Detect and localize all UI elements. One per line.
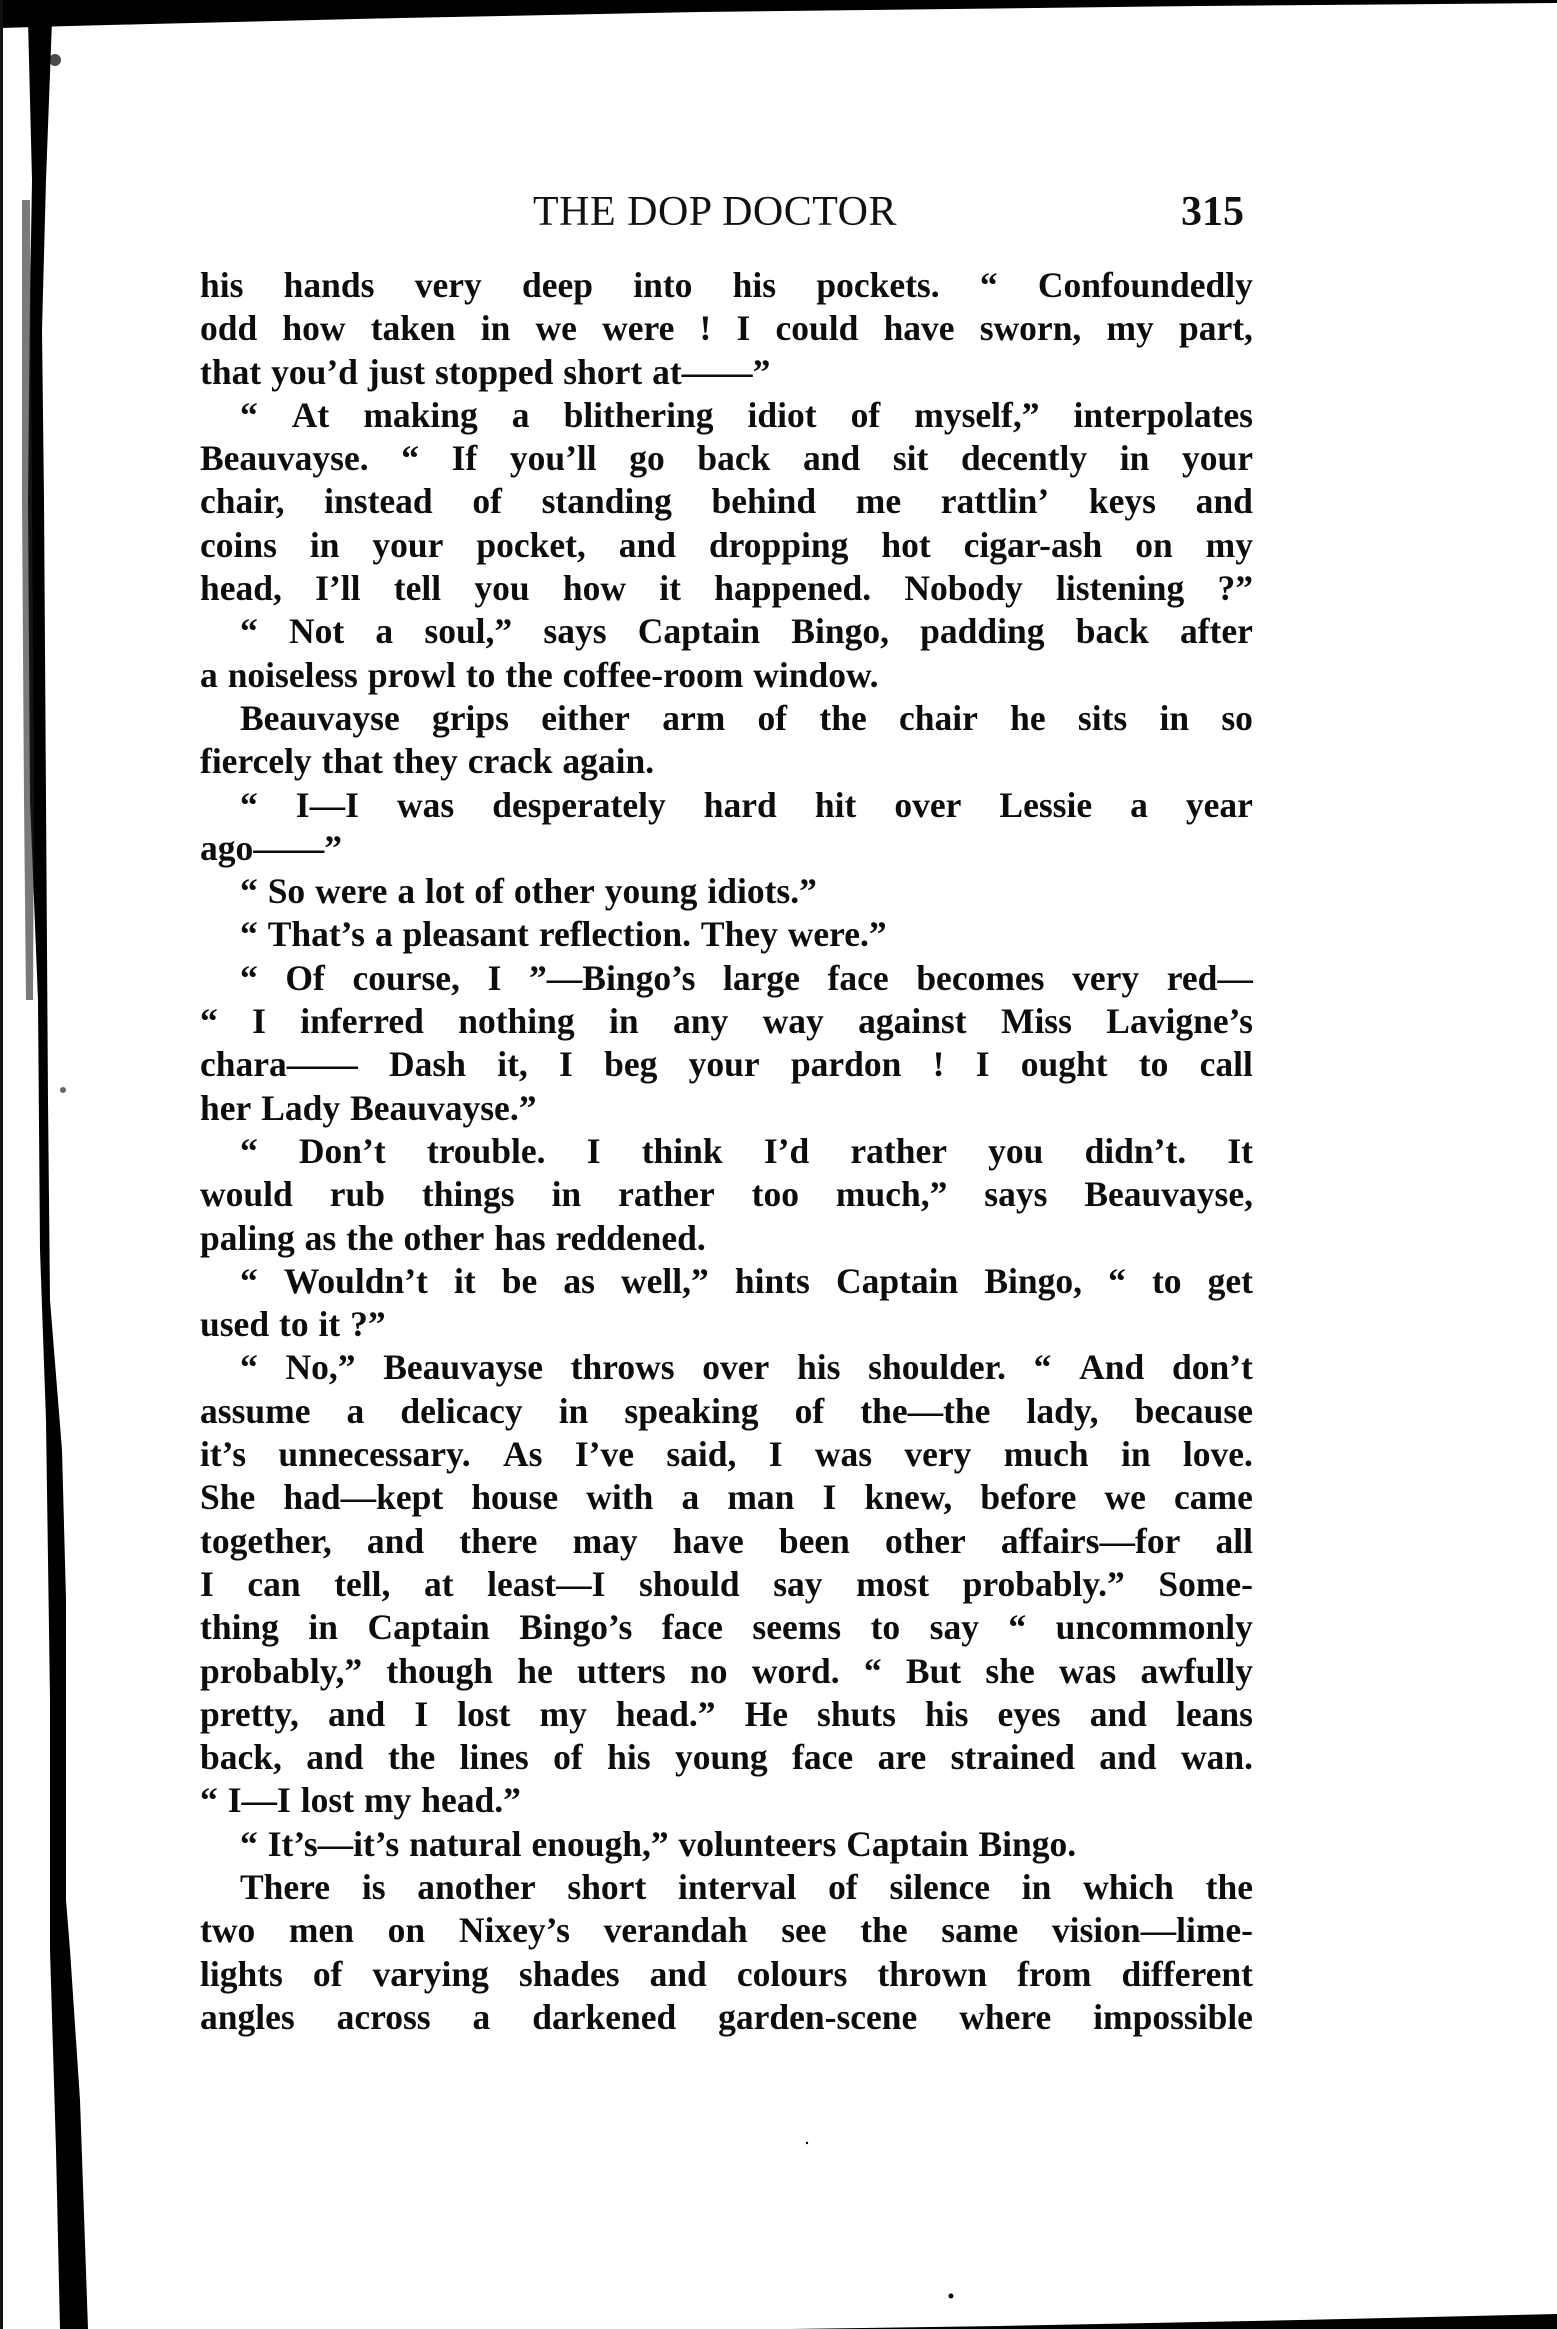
text-line: anglesacrossadarkenedgarden-scenewhereim… xyxy=(200,1996,1253,2039)
word: in xyxy=(609,1000,639,1043)
scan-speck xyxy=(60,1087,66,1093)
word: nothing xyxy=(458,1000,574,1043)
word: interval xyxy=(678,1866,796,1909)
word: over xyxy=(702,1346,769,1389)
word: back, xyxy=(200,1736,282,1779)
word: reddened. xyxy=(555,1217,705,1260)
word: of xyxy=(795,1390,825,1433)
word: wan. xyxy=(1181,1736,1253,1779)
word: much xyxy=(1004,1433,1089,1476)
word: to xyxy=(279,1303,309,1346)
word: behind xyxy=(712,480,817,523)
binding-shadow-bar xyxy=(28,20,88,2329)
word: see xyxy=(781,1909,826,1952)
word: fiercely xyxy=(200,740,312,783)
word: either xyxy=(541,697,630,740)
word: you’d xyxy=(271,351,358,394)
word: I’d xyxy=(764,1130,809,1173)
word: very xyxy=(415,264,482,307)
text-line: anoiselessprowltothecoffee-roomwindow. xyxy=(200,654,1253,697)
word: say xyxy=(930,1606,979,1649)
word: Bingo, xyxy=(791,610,889,653)
word: most xyxy=(856,1563,929,1606)
word: I’ve xyxy=(575,1433,634,1476)
word: “ xyxy=(1034,1346,1052,1389)
text-line: “No,”Beauvaysethrowsoverhisshoulder.“And… xyxy=(200,1346,1253,1389)
word: and xyxy=(1196,480,1253,523)
word: at xyxy=(424,1563,454,1606)
word: As xyxy=(503,1433,542,1476)
word: as xyxy=(305,1217,337,1260)
text-line: back,andthelinesofhisyoungfacearestraine… xyxy=(200,1736,1253,1779)
word: in xyxy=(1121,1433,1151,1476)
word: cigar-ash xyxy=(964,524,1103,567)
word: taken xyxy=(371,307,456,350)
text-line: “I—IwasdesperatelyhardhitoverLessieayear xyxy=(200,784,1253,827)
word: happened. xyxy=(714,567,871,610)
text-line: “It’s—it’snaturalenough,”volunteersCapta… xyxy=(200,1823,1253,1866)
word: No,” xyxy=(285,1346,355,1389)
word: ! xyxy=(700,307,712,350)
word: where xyxy=(959,1996,1051,2039)
word: it xyxy=(659,567,681,610)
word: awfully xyxy=(1141,1650,1253,1693)
scan-speck xyxy=(949,2294,954,2299)
word: ought xyxy=(1021,1043,1108,1086)
text-line: usedtoit?” xyxy=(200,1303,1253,1346)
word: that xyxy=(200,351,261,394)
word: angles xyxy=(200,1996,295,2039)
word: of xyxy=(313,1953,343,1996)
word: with xyxy=(586,1476,653,1519)
word: have xyxy=(673,1520,744,1563)
word: “ xyxy=(864,1650,882,1693)
word: in xyxy=(1120,437,1150,480)
word: Captain xyxy=(367,1606,489,1649)
word: have xyxy=(884,307,955,350)
word: on xyxy=(388,1909,426,1952)
word: “ xyxy=(240,784,258,827)
word: I xyxy=(200,1563,214,1606)
word: I’ll xyxy=(315,567,360,610)
text-line: “Don’ttrouble.IthinkI’dratheryoudidn’t.I… xyxy=(200,1130,1253,1173)
word: back xyxy=(697,437,770,480)
word: of xyxy=(472,480,502,523)
word: and xyxy=(650,1953,707,1996)
word: me xyxy=(856,480,901,523)
word: paling xyxy=(200,1217,295,1260)
word: silence xyxy=(889,1866,990,1909)
word: to xyxy=(1152,1260,1182,1303)
word: “ xyxy=(200,1779,218,1822)
word: “ xyxy=(240,1260,258,1303)
word: probably.” xyxy=(963,1563,1125,1606)
word: Wouldn’t xyxy=(284,1260,428,1303)
word: I xyxy=(737,307,751,350)
word: a xyxy=(512,394,530,437)
word: Bingo, xyxy=(984,1260,1082,1303)
word: enough,” xyxy=(531,1823,668,1866)
running-title: THE DOP DOCTOR xyxy=(533,188,897,236)
word: the xyxy=(388,1736,435,1779)
word: lady, xyxy=(1027,1390,1099,1433)
word: young xyxy=(605,870,698,913)
word: a xyxy=(681,1476,699,1519)
word: standing xyxy=(542,480,672,523)
word: “ xyxy=(240,610,258,653)
word: and xyxy=(1099,1736,1156,1779)
word: Confoundedly xyxy=(1038,264,1253,307)
word: very xyxy=(904,1433,971,1476)
word: to xyxy=(1139,1043,1169,1086)
word: “ xyxy=(240,870,258,913)
body-text: hishandsverydeepintohispockets.“Confound… xyxy=(200,264,1253,2039)
text-line: chara——Dashit,Ibegyourpardon!Ioughttocal… xyxy=(200,1043,1253,1086)
word: of xyxy=(553,1736,583,1779)
word: had—kept xyxy=(283,1476,443,1519)
word: thrown xyxy=(877,1953,987,1996)
word: utters xyxy=(577,1650,666,1693)
word: inferred xyxy=(300,1000,424,1043)
text-line: lightsofvaryingshadesandcoloursthrownfro… xyxy=(200,1953,1253,1996)
word: rub xyxy=(330,1173,385,1216)
word: coins xyxy=(200,524,277,567)
text-line: head,I’lltellyouhowithappened.Nobodylist… xyxy=(200,567,1253,610)
word: trouble. xyxy=(427,1130,546,1173)
word: to xyxy=(871,1606,901,1649)
word: least—I xyxy=(487,1563,605,1606)
word: probably,” xyxy=(200,1650,362,1693)
word: how xyxy=(563,567,626,610)
word: call xyxy=(1200,1043,1253,1086)
word: hints xyxy=(735,1260,810,1303)
word: It xyxy=(1227,1130,1253,1173)
word: another xyxy=(417,1866,535,1909)
word: She xyxy=(200,1476,255,1519)
word: natural xyxy=(409,1823,521,1866)
word: “ xyxy=(240,1346,258,1389)
text-line: “Ofcourse,I”—Bingo’slargefacebecomesvery… xyxy=(200,957,1253,1000)
word: face xyxy=(828,957,889,1000)
word: Bingo. xyxy=(978,1823,1076,1866)
word: of xyxy=(828,1866,858,1909)
word: shoulder. xyxy=(868,1346,1006,1389)
word: grips xyxy=(432,697,509,740)
text-line: “That’sapleasantreflection.Theywere.” xyxy=(200,913,1253,956)
word: of xyxy=(758,697,788,740)
word: hands xyxy=(284,264,375,307)
left-edge-line xyxy=(0,0,3,2329)
word: head, xyxy=(200,567,282,610)
word: in xyxy=(310,524,340,567)
bottom-edge-shadow xyxy=(790,2314,1557,2329)
word: stopped xyxy=(435,351,553,394)
word: delicacy xyxy=(400,1390,522,1433)
word: a xyxy=(347,1390,365,1433)
word: face xyxy=(662,1606,723,1649)
word: it xyxy=(319,1303,341,1346)
word: been xyxy=(779,1520,850,1563)
word: a xyxy=(375,610,393,653)
word: he xyxy=(517,1650,553,1693)
word: Not xyxy=(289,610,344,653)
word: And xyxy=(1079,1346,1144,1389)
word: other xyxy=(885,1520,966,1563)
word: lot xyxy=(425,870,464,913)
word: pocket, xyxy=(476,524,585,567)
word: That’s xyxy=(268,913,365,956)
word: together, xyxy=(200,1520,332,1563)
word: was xyxy=(815,1433,872,1476)
word: ?” xyxy=(1218,567,1254,610)
word: hot xyxy=(881,524,930,567)
word: well,” xyxy=(621,1260,709,1303)
word: a xyxy=(1130,784,1148,827)
word: the—the xyxy=(860,1390,990,1433)
word: They xyxy=(701,913,778,956)
word: knew, xyxy=(864,1476,952,1519)
word: I xyxy=(488,957,502,1000)
word: and xyxy=(367,1520,424,1563)
word: men xyxy=(289,1909,354,1952)
word: the xyxy=(1206,1866,1253,1909)
word: there xyxy=(459,1520,537,1563)
word: his xyxy=(797,1346,840,1389)
word: get xyxy=(1208,1260,1253,1303)
word: At xyxy=(292,394,329,437)
word: it xyxy=(454,1260,476,1303)
word: ! xyxy=(933,1043,945,1086)
word: Dash xyxy=(389,1043,466,1086)
text-line: “Sowerealotofotheryoungidiots.” xyxy=(200,870,1253,913)
word: making xyxy=(363,394,477,437)
word: seems xyxy=(752,1606,841,1649)
word: head.” xyxy=(616,1693,716,1736)
text-line: ago——” xyxy=(200,827,1253,870)
word: her xyxy=(200,1087,251,1130)
gutter-secondary-line xyxy=(22,200,34,1000)
word: could xyxy=(776,307,859,350)
word: and xyxy=(619,524,676,567)
word: Lady xyxy=(261,1087,340,1130)
word: much,” xyxy=(836,1173,947,1216)
word: Beauvayse, xyxy=(1084,1173,1253,1216)
word: and xyxy=(328,1693,385,1736)
word: affairs—for xyxy=(1001,1520,1180,1563)
word: we xyxy=(536,307,577,350)
word: instead xyxy=(324,480,433,523)
word: my xyxy=(364,1779,411,1822)
word: darkened xyxy=(532,1996,676,2039)
word: a xyxy=(397,870,415,913)
word: Beauvayse xyxy=(383,1346,543,1389)
word: myself,” xyxy=(914,394,1039,437)
word: Beauvayse xyxy=(240,697,400,740)
text-line: coinsinyourpocket,anddroppinghotcigar-as… xyxy=(200,524,1253,567)
word: his xyxy=(733,264,776,307)
word: because xyxy=(1135,1390,1253,1433)
word: say xyxy=(773,1563,822,1606)
text-line: “Wouldn’titbeaswell,”hintsCaptainBingo,“… xyxy=(200,1260,1253,1303)
text-line: thatyou’djuststoppedshortat——” xyxy=(200,351,1253,394)
text-line: Beauvaysegripseitherarmofthechairhesitsi… xyxy=(200,697,1253,740)
word: becomes xyxy=(916,957,1044,1000)
word: I—I xyxy=(228,1779,291,1822)
word: were xyxy=(602,307,674,350)
word: different xyxy=(1121,1953,1252,1996)
word: too xyxy=(752,1173,799,1216)
word: dropping xyxy=(709,524,848,567)
text-line: hishandsverydeepintohispockets.“Confound… xyxy=(200,264,1253,307)
word: again. xyxy=(562,740,654,783)
word: lights xyxy=(200,1953,283,1996)
word: should xyxy=(639,1563,740,1606)
word: may xyxy=(573,1520,638,1563)
word: vision—lime- xyxy=(1052,1909,1253,1952)
text-line: chair,insteadofstandingbehindmerattlin’k… xyxy=(200,480,1253,523)
text-line: it’sunnecessary.AsI’vesaid,Iwasverymuchi… xyxy=(200,1433,1253,1476)
word: no xyxy=(690,1650,728,1693)
word: your xyxy=(1182,437,1253,480)
word: would xyxy=(200,1173,293,1216)
text-line: wouldrubthingsinrathertoomuch,”saysBeauv… xyxy=(200,1173,1253,1216)
word: It’s—it’s xyxy=(268,1823,399,1866)
word: a xyxy=(375,913,393,956)
word: idiot xyxy=(748,394,817,437)
word: two xyxy=(200,1909,255,1952)
text-line: Beauvayse.“Ifyou’llgobackandsitdecentlyi… xyxy=(200,437,1253,480)
word: thing xyxy=(200,1606,279,1649)
word: we xyxy=(1104,1476,1145,1519)
word: has xyxy=(494,1217,545,1260)
text-line: Shehad—kepthousewithamanIknew,beforeweca… xyxy=(200,1476,1253,1519)
word: Some- xyxy=(1158,1563,1253,1606)
word: “ xyxy=(240,1130,258,1173)
word: things xyxy=(422,1173,515,1216)
top-edge-shadow xyxy=(0,0,1557,28)
word: Don’t xyxy=(299,1130,386,1173)
word: chair, xyxy=(200,480,285,523)
word: “ xyxy=(980,264,998,307)
word: in xyxy=(1159,697,1189,740)
word: Miss xyxy=(1001,1000,1072,1043)
word: shades xyxy=(519,1953,620,1996)
word: was xyxy=(1059,1650,1116,1693)
word: chara—— xyxy=(200,1043,358,1086)
word: hit xyxy=(815,784,856,827)
scan-speck xyxy=(806,2142,808,2144)
word: “ xyxy=(240,913,258,956)
text-line: oddhowtakeninwewere!Icouldhavesworn,mypa… xyxy=(200,307,1253,350)
word: decently xyxy=(961,437,1087,480)
word: window. xyxy=(753,654,878,697)
word: beg xyxy=(604,1043,657,1086)
text-line: “I—Ilostmyhead.” xyxy=(200,1779,1253,1822)
word: head.” xyxy=(421,1779,521,1822)
word: pleasant xyxy=(403,913,529,956)
word: young xyxy=(675,1736,768,1779)
text-line: Thereisanothershortintervalofsilenceinwh… xyxy=(200,1866,1253,1909)
word: listening xyxy=(1056,567,1184,610)
word: my xyxy=(540,1693,587,1736)
word: think xyxy=(642,1130,723,1173)
word: lost xyxy=(457,1693,510,1736)
word: lost xyxy=(301,1779,354,1822)
word: Bingo’s xyxy=(519,1606,632,1649)
word: Of xyxy=(285,957,324,1000)
text-line: together,andtheremayhavebeenotheraffairs… xyxy=(200,1520,1253,1563)
word: other xyxy=(403,1217,484,1260)
word: it, xyxy=(497,1043,528,1086)
word: just xyxy=(368,351,425,394)
word: to xyxy=(466,654,496,697)
word: all xyxy=(1215,1520,1252,1563)
word: coffee-room xyxy=(563,654,744,697)
word: If xyxy=(452,437,478,480)
word: I xyxy=(559,1043,573,1086)
word: short xyxy=(563,351,642,394)
word: lines xyxy=(460,1736,529,1779)
word: prowl xyxy=(368,654,456,697)
word: in xyxy=(308,1606,338,1649)
word: garden-scene xyxy=(718,1996,917,2039)
word: a xyxy=(473,1996,491,2039)
word: says xyxy=(543,610,606,653)
word: ”—Bingo’s xyxy=(529,957,695,1000)
word: large xyxy=(723,957,800,1000)
word: was xyxy=(397,784,454,827)
word: the xyxy=(860,1909,907,1952)
word: into xyxy=(633,264,692,307)
word: across xyxy=(337,1996,431,2039)
word: his xyxy=(200,264,243,307)
word: “ xyxy=(401,437,419,480)
word: So xyxy=(268,870,306,913)
text-line: palingastheotherhasreddened. xyxy=(200,1217,1253,1260)
word: rattlin’ xyxy=(941,480,1049,523)
word: are xyxy=(878,1736,927,1779)
word: I xyxy=(976,1043,990,1086)
word: from xyxy=(1017,1953,1091,1996)
word: noiseless xyxy=(228,654,358,697)
word: house xyxy=(471,1476,558,1519)
word: back xyxy=(1076,610,1149,653)
text-line: thinginCaptainBingo’sfaceseemstosay“unco… xyxy=(200,1606,1253,1649)
text-line: “Atmakingablitheringidiotofmyself,”inter… xyxy=(200,394,1253,437)
word: came xyxy=(1174,1476,1253,1519)
word: Nobody xyxy=(904,567,1022,610)
word: the xyxy=(505,654,552,697)
word: Captain xyxy=(836,1260,958,1303)
text-line: twomenonNixey’sverandahseethesamevision—… xyxy=(200,1909,1253,1952)
word: word. xyxy=(752,1650,840,1693)
word: year xyxy=(1186,784,1253,827)
word: desperately xyxy=(492,784,666,827)
word: verandah xyxy=(604,1909,748,1952)
word: and xyxy=(1090,1693,1147,1736)
word: before xyxy=(980,1476,1076,1519)
word: don’t xyxy=(1172,1346,1253,1389)
word: short xyxy=(567,1866,646,1909)
word: were.” xyxy=(788,913,887,956)
word: didn’t. xyxy=(1085,1130,1187,1173)
word: so xyxy=(1221,697,1253,740)
word: pretty, xyxy=(200,1693,299,1736)
text-line: assumeadelicacyinspeakingofthe—thelady,b… xyxy=(200,1390,1253,1433)
word: “ xyxy=(240,394,258,437)
text-line: fiercelythattheycrackagain. xyxy=(200,740,1253,783)
word: she xyxy=(985,1650,1034,1693)
